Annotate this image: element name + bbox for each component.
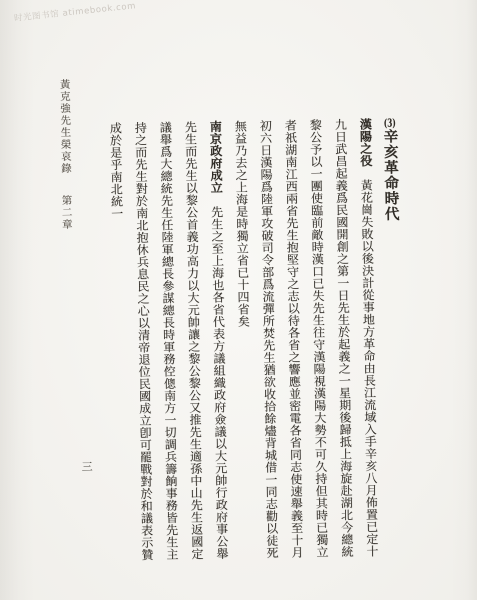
margin-chapter-label: 第二章	[60, 195, 72, 231]
vertical-text-block: (3)辛亥革命時代漢陽之役 黃花崗失敗以後決計從事地方革命由長江流域入手辛亥八月…	[102, 117, 409, 562]
scanned-book-page: 时光图书馆 atimebook.com (3)辛亥革命時代漢陽之役 黃花崗失敗以…	[0, 0, 477, 600]
scan-tilt-wrapper: (3)辛亥革命時代漢陽之役 黃花崗失敗以後決計從事地方革命由長江流域入手辛亥八月…	[0, 0, 477, 600]
subsection-title: 南京政府成立	[208, 120, 223, 193]
subsection-title: 漢陽之役	[358, 118, 373, 167]
margin-book-title: 黃克強先生榮哀錄	[59, 79, 72, 175]
page-number: 三	[81, 458, 92, 474]
margin-title: 黃克強先生榮哀錄第二章	[57, 79, 74, 231]
section-number: (3)	[383, 118, 396, 129]
